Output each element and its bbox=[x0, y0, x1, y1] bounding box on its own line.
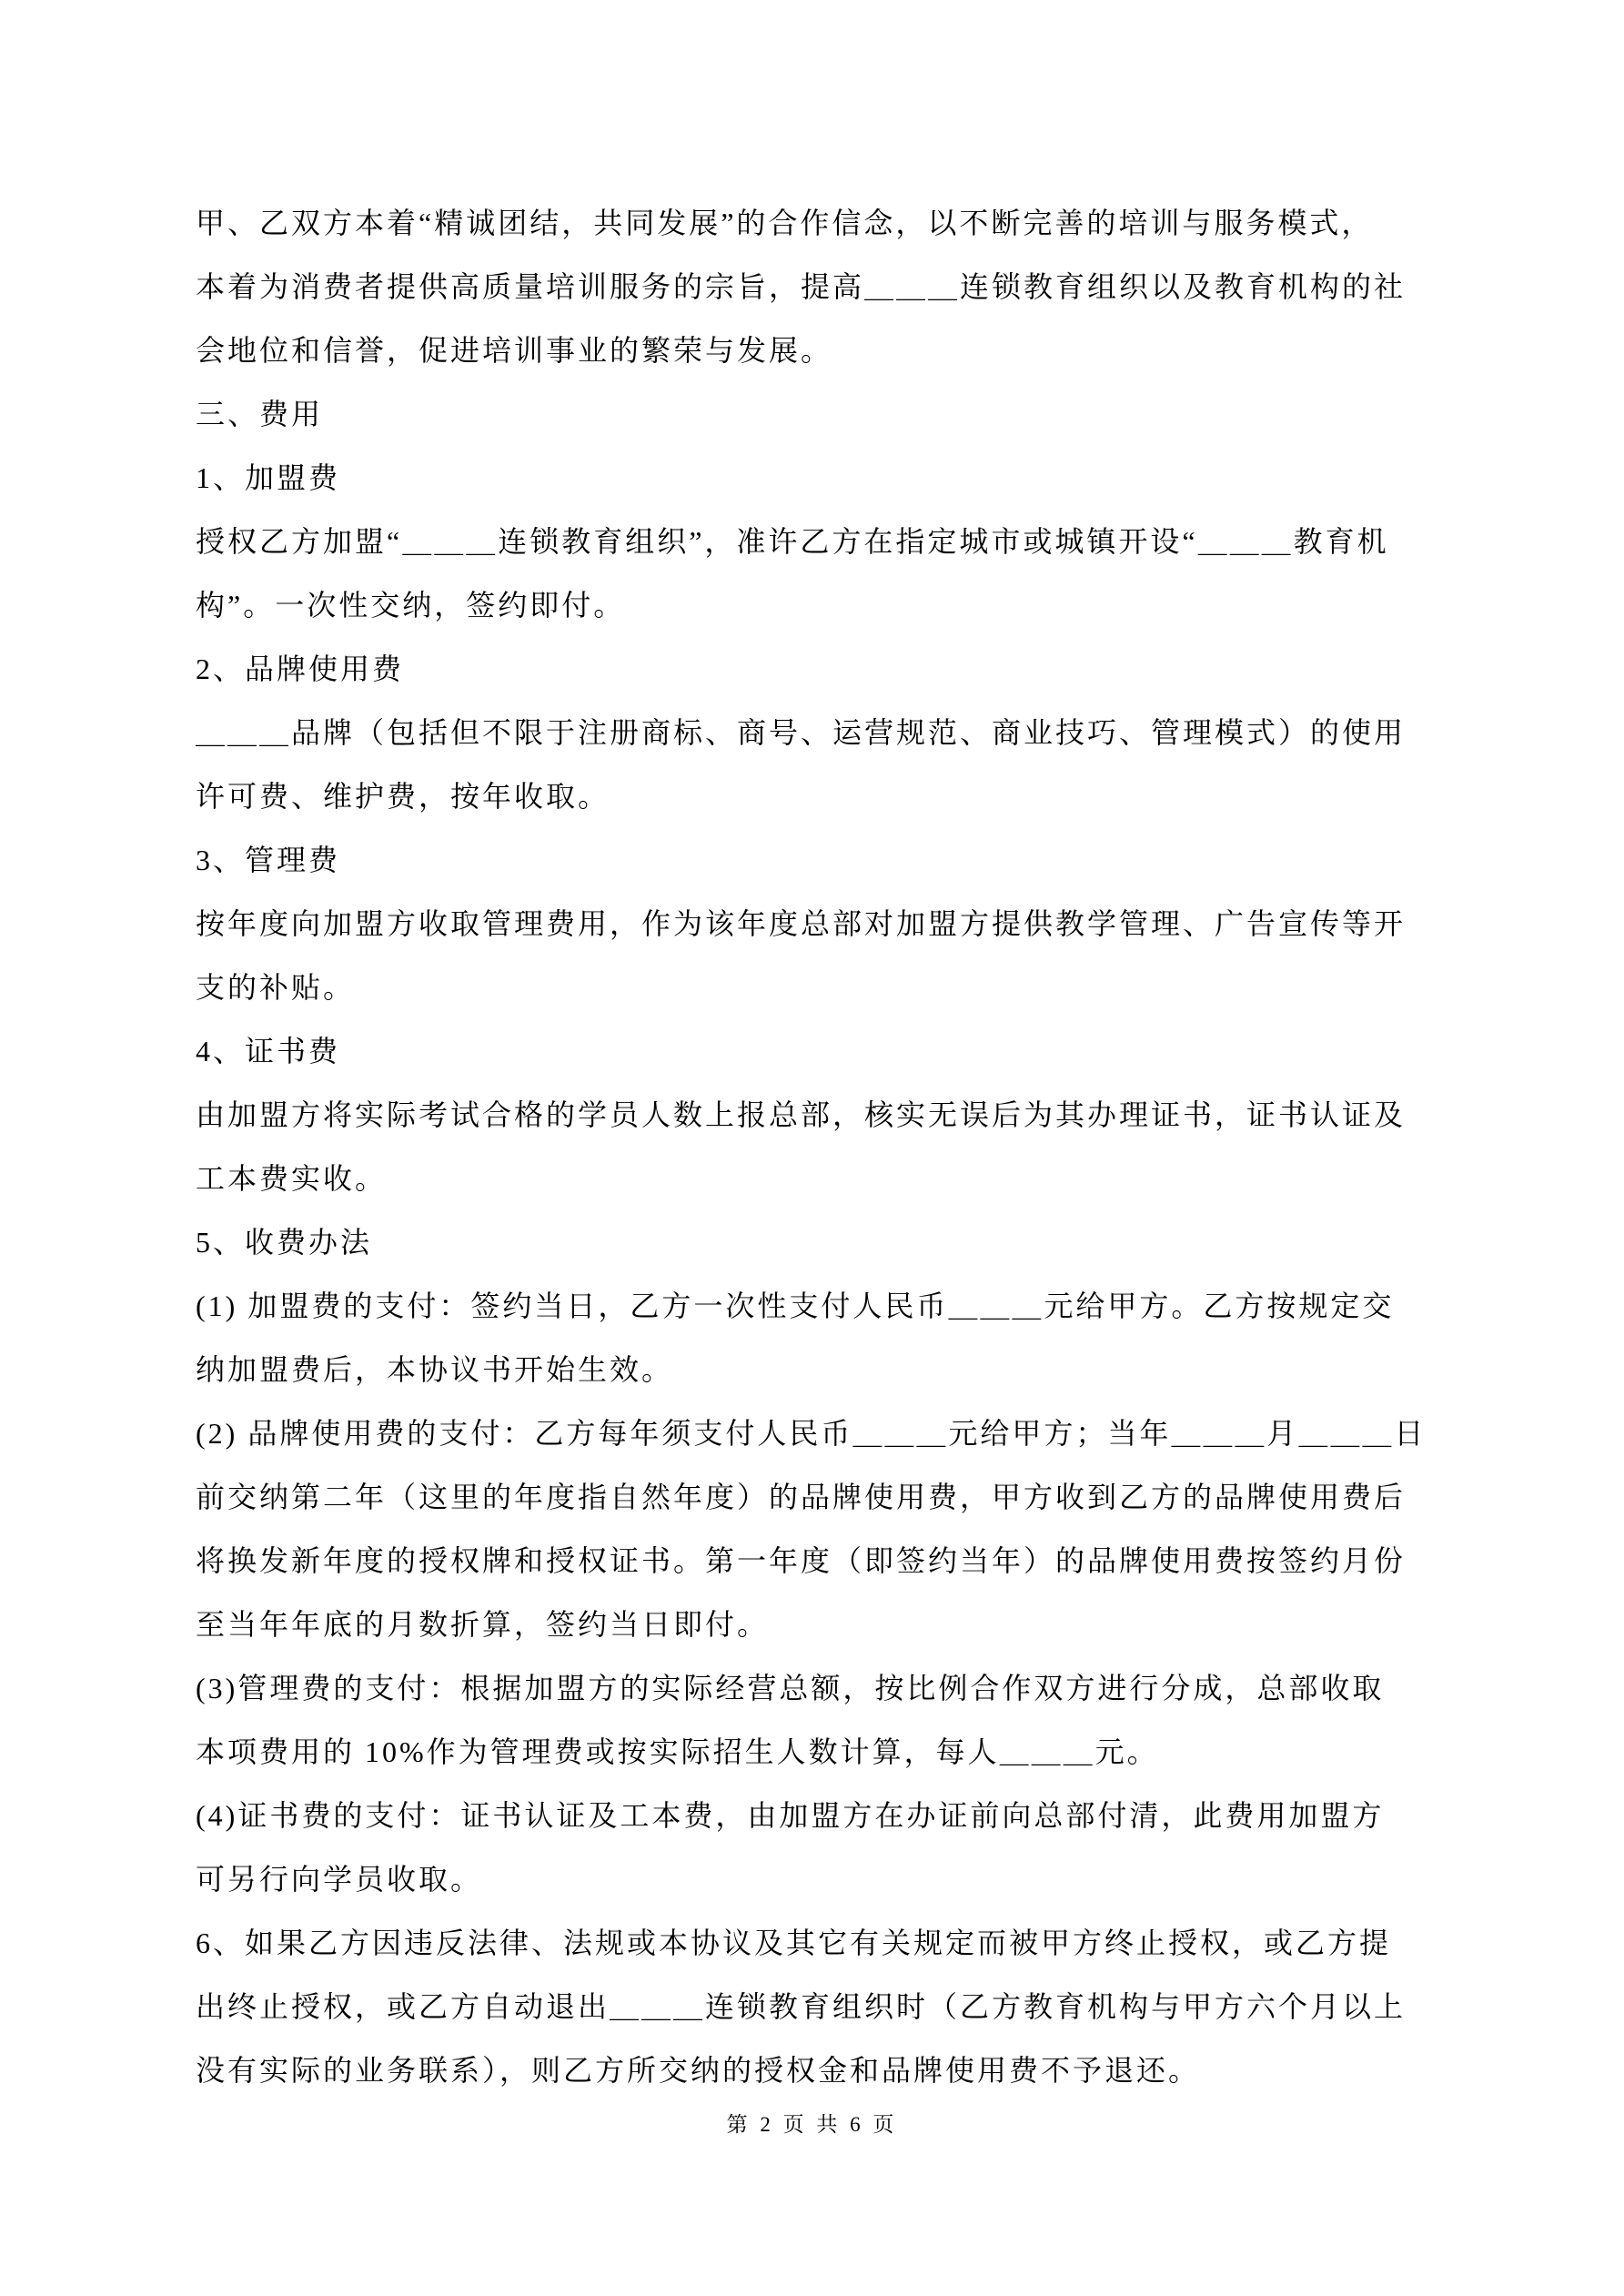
text-line: 2、品牌使用费 bbox=[196, 637, 1437, 701]
text-line: 三、费用 bbox=[196, 382, 1437, 446]
text-line: 会地位和信誉，促进培训事业的繁荣与发展。 bbox=[196, 319, 1437, 382]
text-line: 3、管理费 bbox=[196, 828, 1437, 892]
text-line: 5、收费办法 bbox=[196, 1210, 1437, 1274]
text-line: 前交纳第二年（这里的年度指自然年度）的品牌使用费，甲方收到乙方的品牌使用费后 bbox=[196, 1465, 1437, 1529]
text-line: 1、加盟费 bbox=[196, 446, 1437, 510]
text-line: 4、证书费 bbox=[196, 1019, 1437, 1083]
text-line: 纳加盟费后，本协议书开始生效。 bbox=[196, 1338, 1437, 1401]
text-line: 许可费、维护费，按年收取。 bbox=[196, 764, 1437, 828]
text-line: 授权乙方加盟“＿＿＿连锁教育组织”，准许乙方在指定城市或城镇开设“＿＿＿教育机 bbox=[196, 510, 1437, 573]
text-line: 将换发新年度的授权牌和授权证书。第一年度（即签约当年）的品牌使用费按签约月份 bbox=[196, 1529, 1437, 1593]
document-page: 甲、乙双方本着“精诚团结，共同发展”的合作信念，以不断完善的培训与服务模式，本着… bbox=[0, 0, 1624, 2296]
text-line: (3)管理费的支付：根据加盟方的实际经营总额，按比例合作双方进行分成，总部收取 bbox=[196, 1656, 1437, 1720]
text-line: (2) 品牌使用费的支付：乙方每年须支付人民币＿＿＿元给甲方；当年＿＿＿月＿＿＿… bbox=[196, 1401, 1437, 1465]
text-line: 6、如果乙方因违反法律、法规或本协议及其它有关规定而被甲方终止授权，或乙方提 bbox=[196, 1911, 1437, 1975]
text-line: 至当年年底的月数折算，签约当日即付。 bbox=[196, 1593, 1437, 1656]
text-line: 出终止授权，或乙方自动退出＿＿＿连锁教育组织时（乙方教育机构与甲方六个月以上 bbox=[196, 1975, 1437, 2038]
text-line: (1) 加盟费的支付：签约当日，乙方一次性支付人民币＿＿＿元给甲方。乙方按规定交 bbox=[196, 1274, 1437, 1338]
text-line: 工本费实收。 bbox=[196, 1147, 1437, 1210]
document-body: 甲、乙双方本着“精诚团结，共同发展”的合作信念，以不断完善的培训与服务模式，本着… bbox=[196, 191, 1437, 2102]
text-line: 构”。一次性交纳，签约即付。 bbox=[196, 573, 1437, 637]
text-line: 由加盟方将实际考试合格的学员人数上报总部，核实无误后为其办理证书，证书认证及 bbox=[196, 1083, 1437, 1147]
text-line: 甲、乙双方本着“精诚团结，共同发展”的合作信念，以不断完善的培训与服务模式， bbox=[196, 191, 1437, 255]
text-line: (4)证书费的支付：证书认证及工本费，由加盟方在办证前向总部付清，此费用加盟方 bbox=[196, 1784, 1437, 1847]
text-line: 按年度向加盟方收取管理费用，作为该年度总部对加盟方提供教学管理、广告宣传等开 bbox=[196, 892, 1437, 956]
text-line: 本着为消费者提供高质量培训服务的宗旨，提高＿＿＿连锁教育组织以及教育机构的社 bbox=[196, 255, 1437, 319]
text-line: 支的补贴。 bbox=[196, 956, 1437, 1019]
text-line: ＿＿＿品牌（包括但不限于注册商标、商号、运营规范、商业技巧、管理模式）的使用 bbox=[196, 701, 1437, 764]
page-number-footer: 第 2 页 共 6 页 bbox=[0, 2108, 1624, 2138]
text-line: 本项费用的 10%作为管理费或按实际招生人数计算，每人＿＿＿元。 bbox=[196, 1720, 1437, 1784]
text-line: 可另行向学员收取。 bbox=[196, 1847, 1437, 1911]
text-line: 没有实际的业务联系），则乙方所交纳的授权金和品牌使用费不予退还。 bbox=[196, 2038, 1437, 2102]
